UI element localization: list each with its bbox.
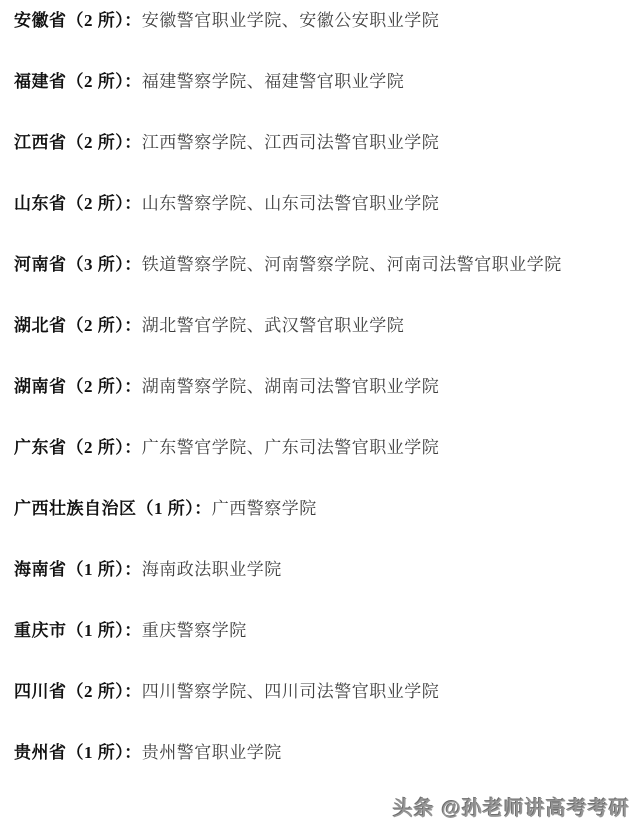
school-list: 湖北警官学院、武汉警官职业学院 bbox=[142, 316, 405, 335]
school-list: 铁道警察学院、河南警察学院、河南司法警官职业学院 bbox=[142, 255, 562, 274]
province-label: 福建省（2 所）： bbox=[14, 72, 142, 91]
province-label: 广东省（2 所）： bbox=[14, 438, 142, 457]
province-entry: 江西省（2 所）：江西警察学院、江西司法警官职业学院 bbox=[14, 122, 574, 164]
school-list: 广东警官学院、广东司法警官职业学院 bbox=[142, 438, 440, 457]
school-list: 安徽警官职业学院、安徽公安职业学院 bbox=[142, 11, 440, 30]
school-list: 江西警察学院、江西司法警官职业学院 bbox=[142, 133, 440, 152]
province-entry: 福建省（2 所）：福建警察学院、福建警官职业学院 bbox=[14, 61, 574, 103]
school-list: 海南政法职业学院 bbox=[142, 560, 282, 579]
province-label: 四川省（2 所）： bbox=[14, 682, 142, 701]
province-entry: 贵州省（1 所）：贵州警官职业学院 bbox=[14, 732, 574, 774]
school-list: 重庆警察学院 bbox=[142, 621, 247, 640]
province-label: 山东省（2 所）： bbox=[14, 194, 142, 213]
province-entry: 广西壮族自治区（1 所）：广西警察学院 bbox=[14, 488, 574, 530]
province-entry: 四川省（2 所）：四川警察学院、四川司法警官职业学院 bbox=[14, 671, 574, 713]
school-list: 贵州警官职业学院 bbox=[142, 743, 282, 762]
province-entry: 山东省（2 所）：山东警察学院、山东司法警官职业学院 bbox=[14, 183, 574, 225]
province-entry: 安徽省（2 所）：安徽警官职业学院、安徽公安职业学院 bbox=[14, 0, 574, 42]
province-label: 江西省（2 所）： bbox=[14, 133, 142, 152]
document-page: 安徽省（2 所）：安徽警官职业学院、安徽公安职业学院 福建省（2 所）：福建警察… bbox=[0, 0, 635, 824]
province-label: 湖南省（2 所）： bbox=[14, 377, 142, 396]
province-label: 贵州省（1 所）： bbox=[14, 743, 142, 762]
province-label: 河南省（3 所）： bbox=[14, 255, 142, 274]
province-entry: 重庆市（1 所）：重庆警察学院 bbox=[14, 610, 574, 652]
toutiao-watermark: 头条 @孙老师讲高考考研 bbox=[393, 792, 630, 821]
province-label: 广西壮族自治区（1 所）： bbox=[14, 499, 212, 518]
province-label: 重庆市（1 所）： bbox=[14, 621, 142, 640]
province-entry: 海南省（1 所）：海南政法职业学院 bbox=[14, 549, 574, 591]
province-entry: 湖北省（2 所）：湖北警官学院、武汉警官职业学院 bbox=[14, 305, 574, 347]
province-entry: 湖南省（2 所）：湖南警察学院、湖南司法警官职业学院 bbox=[14, 366, 574, 408]
school-list: 山东警察学院、山东司法警官职业学院 bbox=[142, 194, 440, 213]
province-entry: 广东省（2 所）：广东警官学院、广东司法警官职业学院 bbox=[14, 427, 574, 469]
province-label: 海南省（1 所）： bbox=[14, 560, 142, 579]
school-list: 四川警察学院、四川司法警官职业学院 bbox=[142, 682, 440, 701]
school-list: 广西警察学院 bbox=[212, 499, 317, 518]
province-label: 安徽省（2 所）： bbox=[14, 11, 142, 30]
province-entry: 河南省（3 所）：铁道警察学院、河南警察学院、河南司法警官职业学院 bbox=[14, 244, 592, 286]
school-list: 福建警察学院、福建警官职业学院 bbox=[142, 72, 405, 91]
school-list: 湖南警察学院、湖南司法警官职业学院 bbox=[142, 377, 440, 396]
province-label: 湖北省（2 所）： bbox=[14, 316, 142, 335]
